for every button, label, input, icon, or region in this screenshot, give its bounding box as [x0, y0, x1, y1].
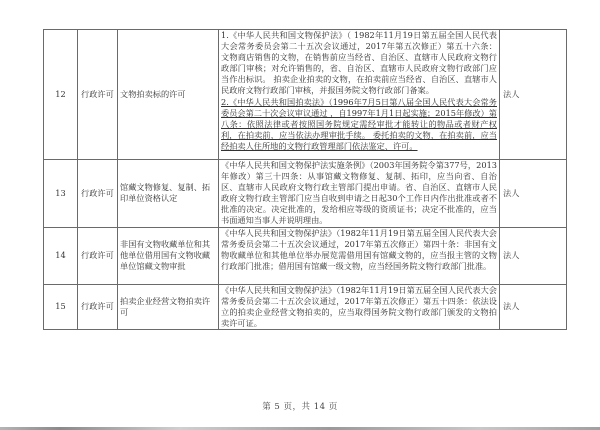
legal-basis: 《中华人民共和国文物保护法》（1982年11月19日第五届全国人民代表大会常务委…: [219, 284, 500, 329]
item-type: 行政许可: [78, 30, 118, 160]
permit-table: 12 行政许可 文物拍卖标的许可 1.《中华人民共和国文物保护法》（ 1982年…: [43, 29, 567, 330]
row-number: 12: [44, 30, 78, 160]
applicable-subject: 法人: [500, 227, 567, 284]
legal-basis: 《中华人民共和国文物保护法实施条例》（2003年国务院令第377号，2013年修…: [219, 160, 500, 228]
item-name: 馆藏文物修复、复制、拓印单位资格认定: [118, 160, 219, 228]
applicable-subject: 法人: [500, 160, 567, 228]
item-type: 行政许可: [78, 284, 118, 329]
table-row: 12 行政许可 文物拍卖标的许可 1.《中华人民共和国文物保护法》（ 1982年…: [44, 30, 567, 160]
item-name: 拍卖企业经营文物拍卖许可: [118, 284, 219, 329]
table-row: 15 行政许可 拍卖企业经营文物拍卖许可 《中华人民共和国文物保护法》（1982…: [44, 284, 567, 329]
item-type: 行政许可: [78, 227, 118, 284]
legal-basis-paragraph: 《中华人民共和国文物保护法实施条例》（2003年国务院令第377号，2013年修…: [221, 160, 497, 227]
legal-basis-paragraph: 1.《中华人民共和国文物保护法》（ 1982年11月19日第五届全国人民代表大会…: [221, 30, 497, 97]
row-number: 13: [44, 160, 78, 228]
legal-basis: 《中华人民共和国文物保护法》（1982年11月19日第五届全国人民代表大会常务委…: [219, 227, 500, 284]
table-row: 14 行政许可 非国有文物收藏单位和其他单位借用国有文物收藏单位馆藏文物审批 《…: [44, 227, 567, 284]
legal-basis: 1.《中华人民共和国文物保护法》（ 1982年11月19日第五届全国人民代表大会…: [219, 30, 500, 160]
row-number: 14: [44, 227, 78, 284]
legal-basis-paragraph: 《中华人民共和国文物保护法》（1982年11月19日第五届全国人民代表大会常务委…: [221, 228, 497, 272]
item-name: 文物拍卖标的许可: [118, 30, 219, 160]
applicable-subject: 法人: [500, 30, 567, 160]
applicable-subject: 法人: [500, 284, 567, 329]
page-indicator: 第 5 页，共 14 页: [0, 400, 600, 412]
item-type: 行政许可: [78, 160, 118, 228]
legal-basis-paragraph: 《中华人民共和国文物保护法》（1982年11月19日第五届全国人民代表大会常务委…: [221, 285, 497, 329]
legal-basis-paragraph: 2.《中华人民共和国拍卖法》（1996年7月5日第八届全国人民代表大会常务委员会…: [221, 97, 497, 152]
item-name: 非国有文物收藏单位和其他单位借用国有文物收藏单位馆藏文物审批: [118, 227, 219, 284]
table-row: 13 行政许可 馆藏文物修复、复制、拓印单位资格认定 《中华人民共和国文物保护法…: [44, 160, 567, 228]
row-number: 15: [44, 284, 78, 329]
